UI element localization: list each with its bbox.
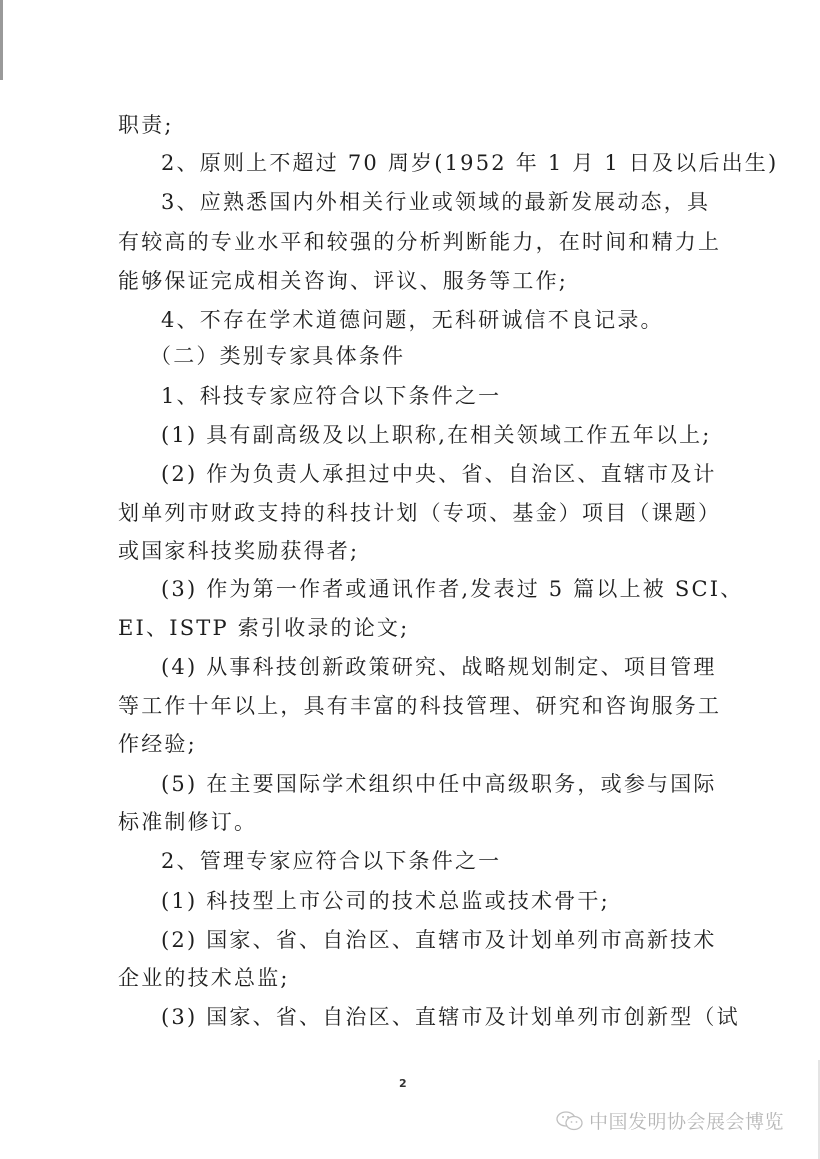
text-line: 标准制修订。	[118, 809, 257, 835]
text-line: （二）类别专家具体条件	[150, 343, 405, 369]
text-line: 能够保证完成相关咨询、评议、服务等工作;	[118, 268, 568, 294]
text-line: 作经验;	[118, 731, 197, 757]
wechat-icon	[555, 1110, 585, 1132]
text-line: (2) 作为负责人承担过中央、省、自治区、直辖市及计	[161, 461, 717, 487]
text-line: 2、原则上不超过 70 周岁(1952 年 1 月 1 日及以后出生)	[161, 150, 778, 176]
text-line: (3) 国家、省、自治区、直辖市及计划单列市创新型（试	[161, 1004, 740, 1030]
text-line: (1) 具有副高级及以上职称,在相关领域工作五年以上;	[161, 422, 712, 448]
text-line: 4、不存在学术道德问题，无科研诚信不良记录。	[161, 307, 664, 333]
text-line: 企业的技术总监;	[118, 965, 290, 991]
text-line: 或国家科技奖励获得者;	[118, 538, 359, 564]
text-line: 2、管理专家应符合以下条件之一	[161, 848, 501, 874]
page-number: 2	[399, 1077, 407, 1090]
text-line: (2) 国家、省、自治区、直辖市及计划单列市高新技术	[161, 927, 717, 953]
text-line: (5) 在主要国际学术组织中任中高级职务，或参与国际	[161, 771, 717, 797]
text-line: 1、科技专家应符合以下条件之一	[161, 383, 501, 409]
scan-edge	[0, 0, 3, 80]
text-line: 3、应熟悉国内外相关行业或领域的最新发展动态，具	[161, 189, 710, 215]
text-line: 等工作十年以上，具有丰富的科技管理、研究和咨询服务工	[118, 693, 721, 719]
text-line: 划单列市财政支持的科技计划（专项、基金）项目（课题）	[118, 500, 721, 526]
watermark: 中国发明协会展会博览	[555, 1107, 784, 1134]
text-line: (3) 作为第一作者或通讯作者,发表过 5 篇以上被 SCI、	[161, 576, 743, 602]
text-line: 职责;	[118, 112, 174, 138]
watermark-text: 中国发明协会展会博览	[589, 1107, 784, 1134]
text-line: 有较高的专业水平和较强的分析判断能力，在时间和精力上	[118, 229, 721, 255]
text-line: (1) 科技型上市公司的技术总监或技术骨干;	[161, 888, 610, 914]
text-line: (4) 从事科技创新政策研究、战略规划制定、项目管理	[161, 654, 717, 680]
text-line: EI、ISTP 索引收录的论文;	[118, 615, 409, 641]
